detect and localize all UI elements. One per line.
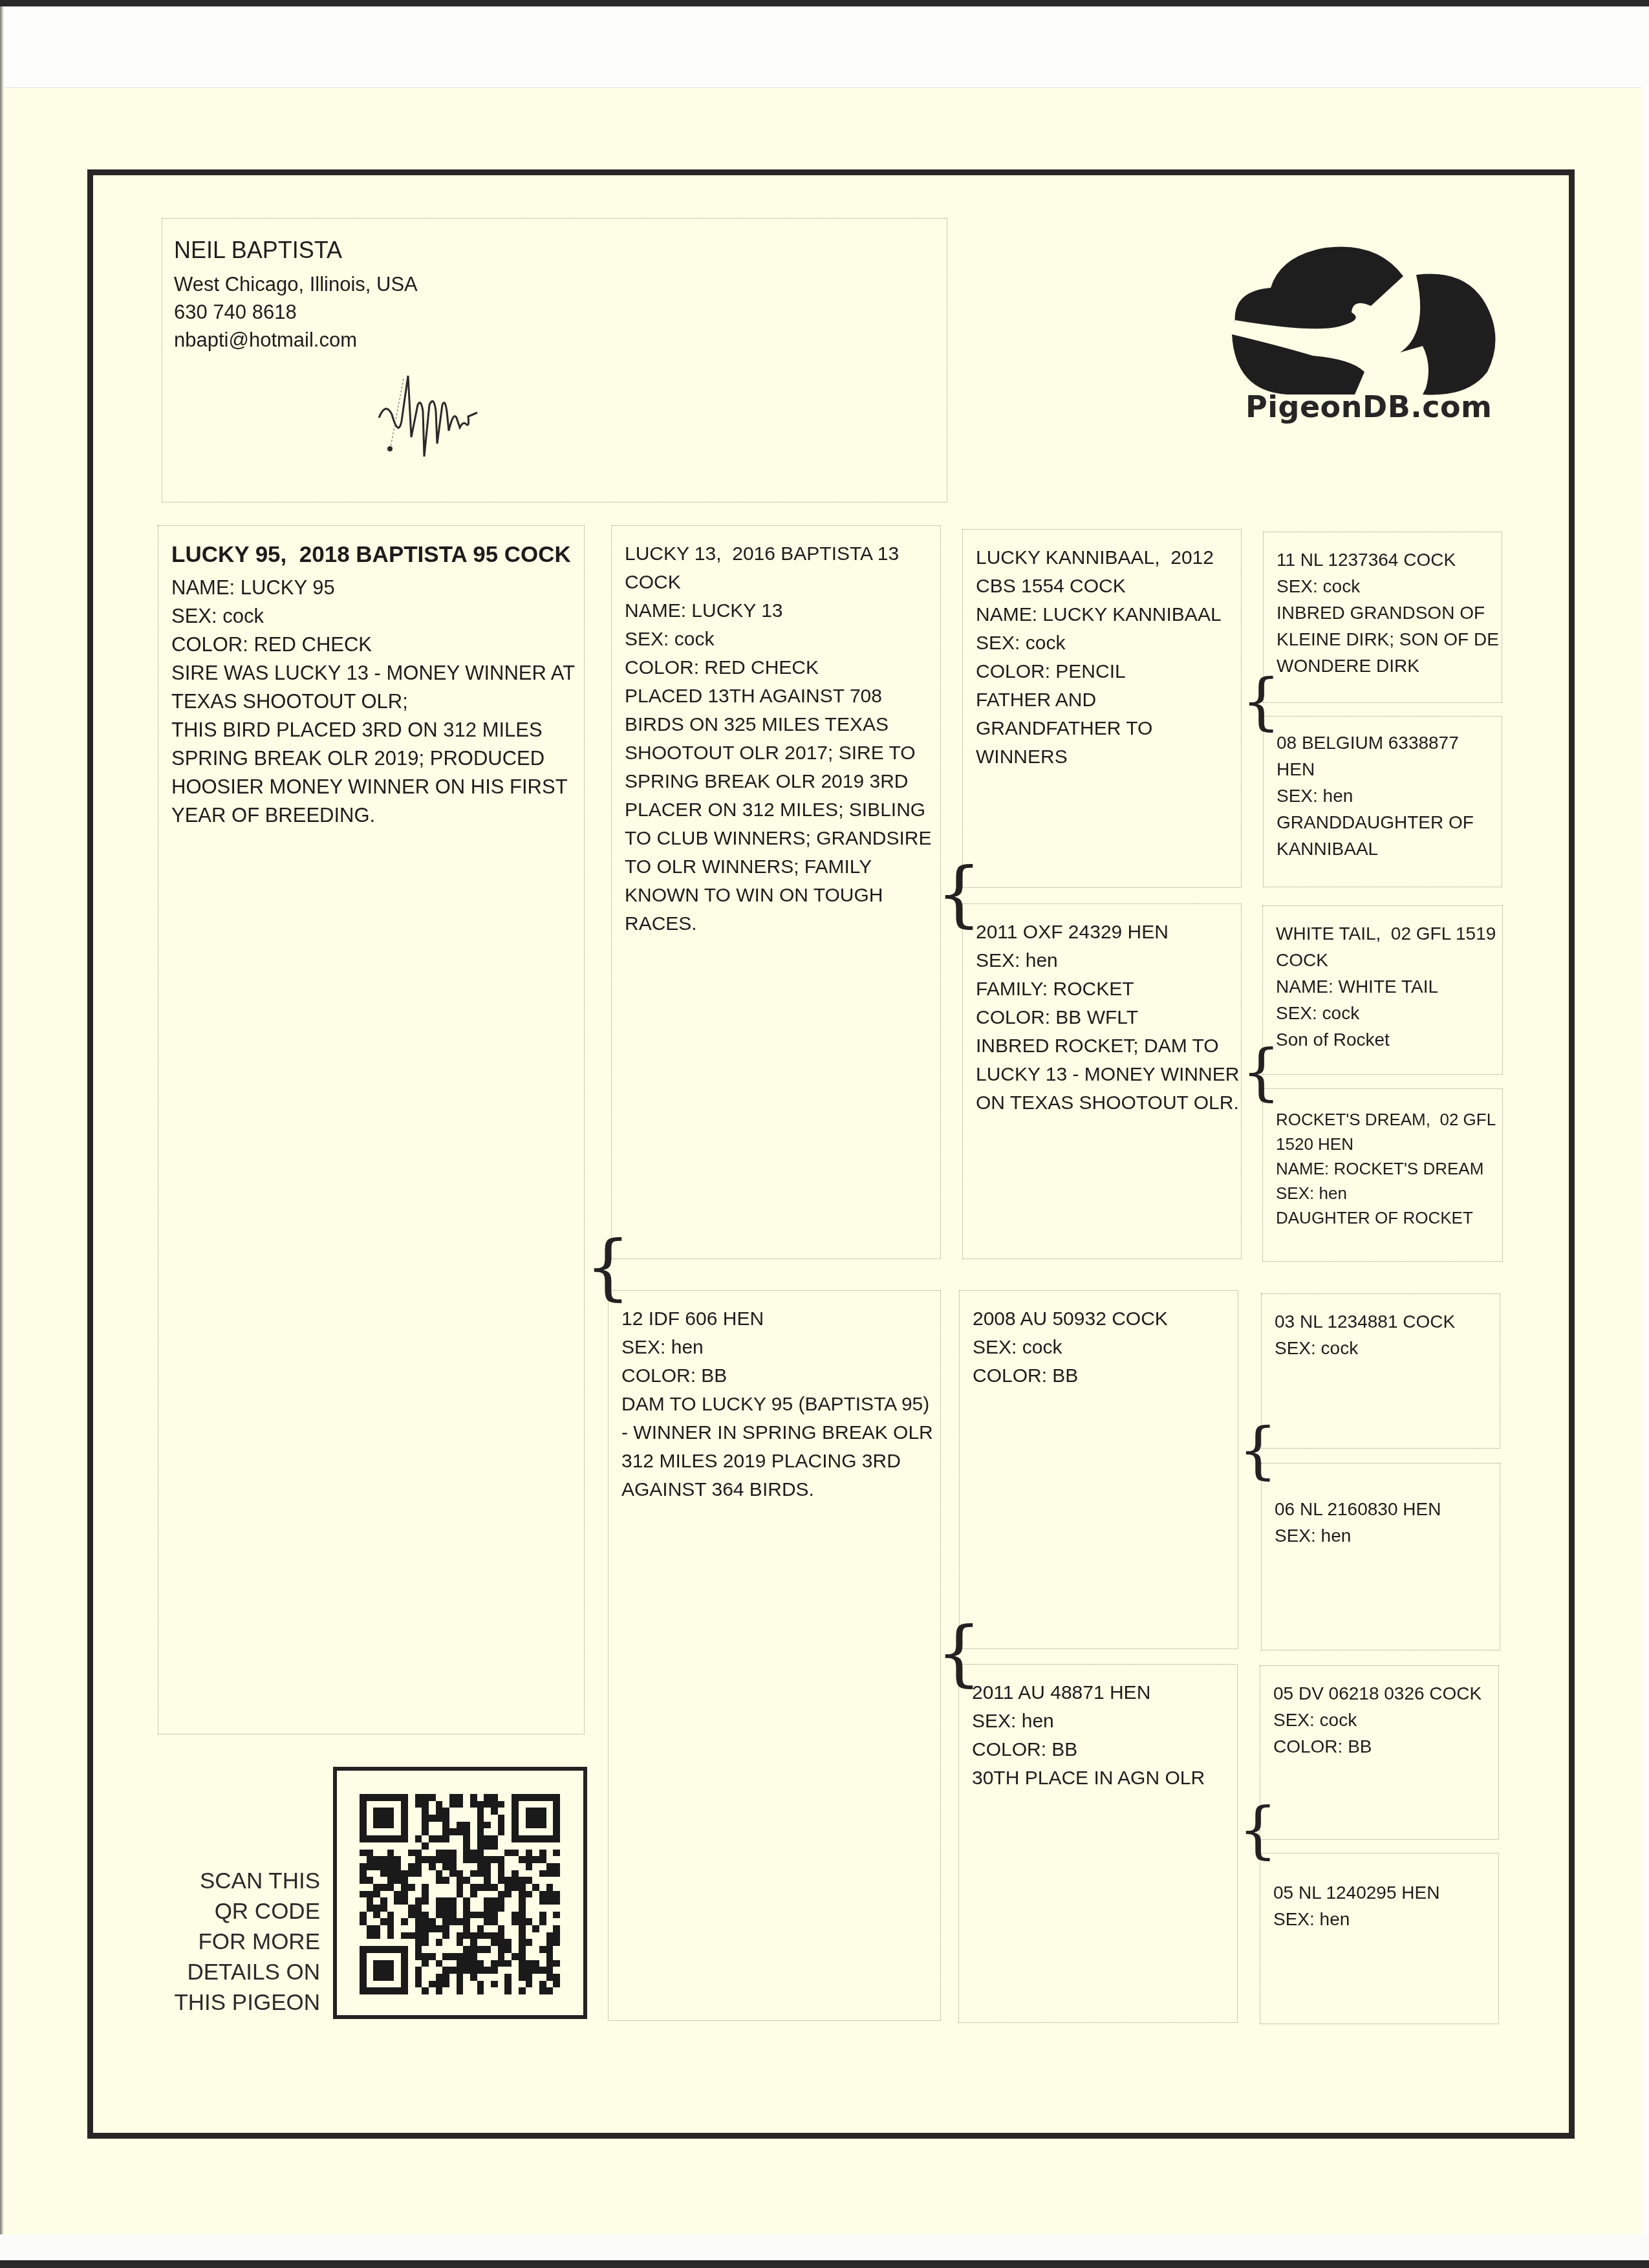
dam-sire-card: 2008 AU 50932 COCK SEX: cock COLOR: BB xyxy=(959,1290,1238,1649)
dam-dam-card: 2011 AU 48871 HEN SEX: hen COLOR: BB 30T… xyxy=(958,1664,1238,2023)
dam-line: COLOR: BB xyxy=(621,1362,940,1390)
qr-label-line: QR CODE xyxy=(149,1896,320,1927)
dd-dam-card: 05 NL 1240295 HEN SEX: hen xyxy=(1260,1853,1499,2024)
ds-sire-card: 03 NL 1234881 COCK SEX: cock xyxy=(1261,1293,1500,1449)
scan-margin-bottom xyxy=(0,2234,1649,2260)
site-name[interactable]: PigeonDB.com xyxy=(1245,389,1492,424)
sire-line: SEX: cock xyxy=(625,625,940,654)
dam-dam-line: 30TH PLACE IN AGN OLR xyxy=(972,1764,1237,1793)
dd-sire-line: SEX: cock xyxy=(1273,1707,1498,1733)
dam-dam-line: SEX: hen xyxy=(972,1707,1237,1736)
qr-label-line: DETAILS ON xyxy=(149,1957,320,1987)
sire-sire-line: FATHER AND GRANDFATHER TO WINNERS xyxy=(976,686,1241,772)
dd-sire-line: COLOR: BB xyxy=(1273,1733,1498,1760)
brace-icon: { xyxy=(936,1612,982,1694)
ss-sire-card: 11 NL 1237364 COCK SEX: cock INBRED GRAN… xyxy=(1263,532,1502,703)
sd-dam-title: ROCKET'S DREAM, 02 GFL 1520 HEN xyxy=(1276,1107,1502,1156)
owner-location: West Chicago, Illinois, USA xyxy=(174,273,418,296)
subject-line: COLOR: RED CHECK xyxy=(171,631,584,659)
owner-info-box: NEIL BAPTISTA West Chicago, Illinois, US… xyxy=(162,218,947,502)
qr-label-line: THIS PIGEON xyxy=(149,1987,320,2018)
sire-sire-title: LUCKY KANNIBAAL, 2012 CBS 1554 COCK xyxy=(976,544,1241,601)
qr-label-line: FOR MORE xyxy=(149,1927,320,1957)
sd-sire-line: Son of Rocket xyxy=(1276,1026,1502,1053)
sire-dam-line: SEX: hen xyxy=(976,947,1241,975)
dd-dam-title: 05 NL 1240295 HEN xyxy=(1273,1879,1498,1906)
sd-sire-line: NAME: WHITE TAIL xyxy=(1276,973,1502,1000)
ss-dam-line: SEX: hen xyxy=(1277,783,1502,809)
owner-phone: 630 740 8618 xyxy=(174,301,297,324)
dam-line: DAM TO LUCKY 95 (BAPTISTA 95) - WINNER I… xyxy=(621,1390,940,1504)
dam-dam-line: COLOR: BB xyxy=(972,1736,1237,1764)
dam-sire-title: 2008 AU 50932 COCK xyxy=(973,1305,1238,1334)
ds-sire-line: SEX: cock xyxy=(1275,1335,1500,1361)
ss-sire-line: SEX: cock xyxy=(1277,573,1502,599)
sire-sire-card: LUCKY KANNIBAAL, 2012 CBS 1554 COCK NAME… xyxy=(962,529,1242,888)
scan-edge-left xyxy=(0,6,4,2260)
subject-line: NAME: LUCKY 95 xyxy=(171,574,584,602)
dam-line: SEX: hen xyxy=(621,1334,940,1362)
sd-sire-card: WHITE TAIL, 02 GFL 1519 COCK NAME: WHITE… xyxy=(1262,905,1503,1075)
sire-dam-title: 2011 OXF 24329 HEN xyxy=(976,918,1241,947)
ds-sire-title: 03 NL 1234881 COCK xyxy=(1275,1308,1500,1335)
brace-icon: { xyxy=(1238,1415,1277,1486)
sire-card: LUCKY 13, 2016 BAPTISTA 13 COCK NAME: LU… xyxy=(611,525,941,1259)
ds-dam-card: 06 NL 2160830 HEN SEX: hen xyxy=(1261,1463,1500,1650)
subject-card: LUCKY 95, 2018 BAPTISTA 95 COCK NAME: LU… xyxy=(158,525,585,1734)
sire-sire-line: SEX: cock xyxy=(976,629,1241,658)
owner-email[interactable]: nbapti@hotmail.com xyxy=(174,329,357,352)
sd-dam-card: ROCKET'S DREAM, 02 GFL 1520 HEN NAME: RO… xyxy=(1262,1088,1503,1262)
ds-dam-title: 06 NL 2160830 HEN xyxy=(1275,1496,1500,1522)
sire-dam-line: FAMILY: ROCKET xyxy=(976,975,1241,1004)
sire-line: COLOR: RED CHECK xyxy=(625,654,940,682)
sire-dam-card: 2011 OXF 24329 HEN SEX: hen FAMILY: ROCK… xyxy=(962,903,1242,1259)
sd-dam-line: DAUGHTER OF ROCKET xyxy=(1276,1205,1502,1230)
ss-sire-line: INBRED GRANDSON OF KLEINE DIRK; SON OF D… xyxy=(1277,599,1502,679)
brace-icon: { xyxy=(585,1226,630,1308)
sire-dam-line: COLOR: BB WFLT xyxy=(976,1004,1241,1032)
sire-sire-line: NAME: LUCKY KANNIBAAL xyxy=(976,601,1241,629)
dam-dam-title: 2011 AU 48871 HEN xyxy=(972,1679,1237,1707)
qr-code-frame[interactable] xyxy=(333,1767,587,2019)
owner-name: NEIL BAPTISTA xyxy=(174,237,342,264)
qr-code-icon[interactable] xyxy=(356,1794,563,1994)
dam-title: 12 IDF 606 HEN xyxy=(621,1305,940,1334)
dam-card: 12 IDF 606 HEN SEX: hen COLOR: BB DAM TO… xyxy=(608,1290,941,2021)
scan-edge-top xyxy=(0,0,1649,6)
sire-line: NAME: LUCKY 13 xyxy=(625,597,940,625)
dd-sire-card: 05 DV 06218 0326 COCK SEX: cock COLOR: B… xyxy=(1260,1665,1499,1840)
qr-instructions: SCAN THIS QR CODE FOR MORE DETAILS ON TH… xyxy=(149,1866,320,2018)
dd-dam-line: SEX: hen xyxy=(1273,1906,1498,1932)
signature-icon xyxy=(372,366,479,457)
ss-dam-title: 08 BELGIUM 6338877 HEN xyxy=(1277,729,1502,783)
sire-line: PLACED 13TH AGAINST 708 BIRDS ON 325 MIL… xyxy=(625,682,940,938)
sd-dam-line: NAME: ROCKET'S DREAM xyxy=(1276,1156,1502,1181)
brace-icon: { xyxy=(1238,1795,1277,1866)
subject-line: SEX: cock xyxy=(171,602,584,631)
ds-dam-line: SEX: hen xyxy=(1275,1522,1500,1549)
sire-title: LUCKY 13, 2016 BAPTISTA 13 COCK xyxy=(625,540,940,597)
scan-edge-right xyxy=(1641,6,1649,2260)
subject-line: SIRE WAS LUCKY 13 - MONEY WINNER AT TEXA… xyxy=(171,659,584,716)
brace-icon: { xyxy=(936,852,982,935)
ss-sire-title: 11 NL 1237364 COCK xyxy=(1277,546,1502,573)
brace-icon: { xyxy=(1242,666,1280,737)
sd-sire-line: SEX: cock xyxy=(1276,1000,1502,1026)
sire-dam-line: INBRED ROCKET; DAM TO LUCKY 13 - MONEY W… xyxy=(976,1032,1241,1118)
ss-dam-card: 08 BELGIUM 6338877 HEN SEX: hen GRANDDAU… xyxy=(1263,716,1502,887)
subject-title: LUCKY 95, 2018 BAPTISTA 95 COCK xyxy=(171,540,584,570)
dam-sire-line: SEX: cock xyxy=(973,1334,1238,1362)
sd-sire-title: WHITE TAIL, 02 GFL 1519 COCK xyxy=(1276,920,1502,973)
brace-icon: { xyxy=(1242,1037,1280,1108)
scan-edge-bottom xyxy=(0,2260,1649,2268)
subject-line: THIS BIRD PLACED 3RD ON 312 MILES SPRING… xyxy=(171,716,584,830)
dd-sire-title: 05 DV 06218 0326 COCK xyxy=(1273,1680,1498,1707)
qr-label-line: SCAN THIS xyxy=(149,1866,320,1896)
sire-sire-line: COLOR: PENCIL xyxy=(976,658,1241,686)
ss-dam-line: GRANDDAUGHTER OF KANNIBAAL xyxy=(1277,809,1502,862)
dam-sire-line: COLOR: BB xyxy=(973,1362,1238,1390)
sd-dam-line: SEX: hen xyxy=(1276,1181,1502,1205)
scan-margin-top xyxy=(0,6,1649,88)
